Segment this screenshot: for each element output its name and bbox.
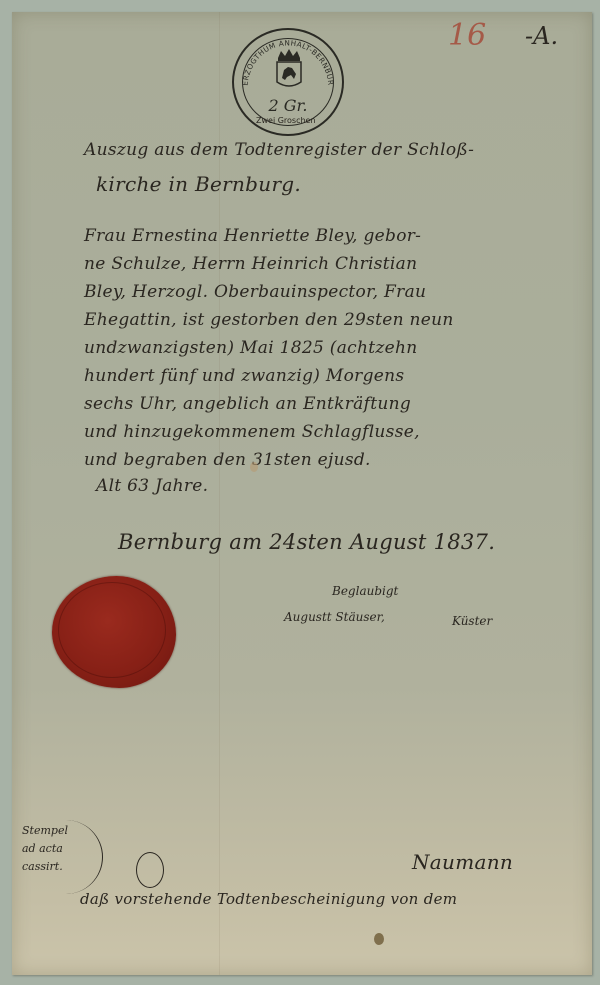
body-line: Ehegattin, ist gestorben den 29sten neun [84, 310, 454, 330]
ink-flourish [136, 852, 164, 888]
body-line: ne Schulze, Herrn Heinrich Christian [84, 254, 417, 274]
body-line: und begraben den 31sten ejusd. [84, 450, 371, 470]
body-line-age: Alt 63 Jahre. [96, 476, 208, 496]
wax-seal-rim [58, 582, 166, 678]
reference-suffix: -A. [525, 22, 558, 50]
tax-stamp: HERZOGTHUM ANHALT-BERNBURG 2 Gr. Zwei Gr… [232, 28, 344, 136]
ink-blot [374, 933, 384, 945]
body-line: Bley, Herzogl. Oberbauinspector, Frau [84, 282, 426, 302]
heading-line-1: Auszug aus dem Todtenregister der Schloß… [84, 140, 474, 160]
footer-line: daß vorstehende Todtenbescheinigung von … [80, 890, 457, 908]
attestation-label: Beglaubigt [332, 584, 398, 598]
footer-signature: Naumann [412, 850, 513, 874]
body-line: undzwanzigsten) Mai 1825 (achtzehn [84, 338, 417, 358]
paper-stain [250, 462, 258, 472]
body-line: sechs Uhr, angeblich an Entkräftung [84, 394, 411, 414]
body-line: Frau Ernestina Henriette Bley, gebor- [84, 226, 421, 246]
attestation-signatory: Augustt Stäuser, [284, 610, 385, 624]
wax-seal [52, 576, 176, 688]
attestation-title: Küster [452, 614, 492, 628]
body-line: und hinzugekommenem Schlagflusse, [84, 422, 420, 442]
tax-stamp-value: 2 Gr. [234, 96, 342, 115]
heading-line-2: kirche in Bernburg. [96, 172, 301, 196]
tax-stamp-value-words: Zwei Groschen [256, 116, 316, 125]
place-date: Bernburg am 24sten August 1837. [118, 530, 495, 554]
reference-number: 16 [448, 18, 486, 53]
body-line: hundert fünf und zwanzig) Morgens [84, 366, 404, 386]
coat-of-arms-icon [272, 48, 306, 92]
